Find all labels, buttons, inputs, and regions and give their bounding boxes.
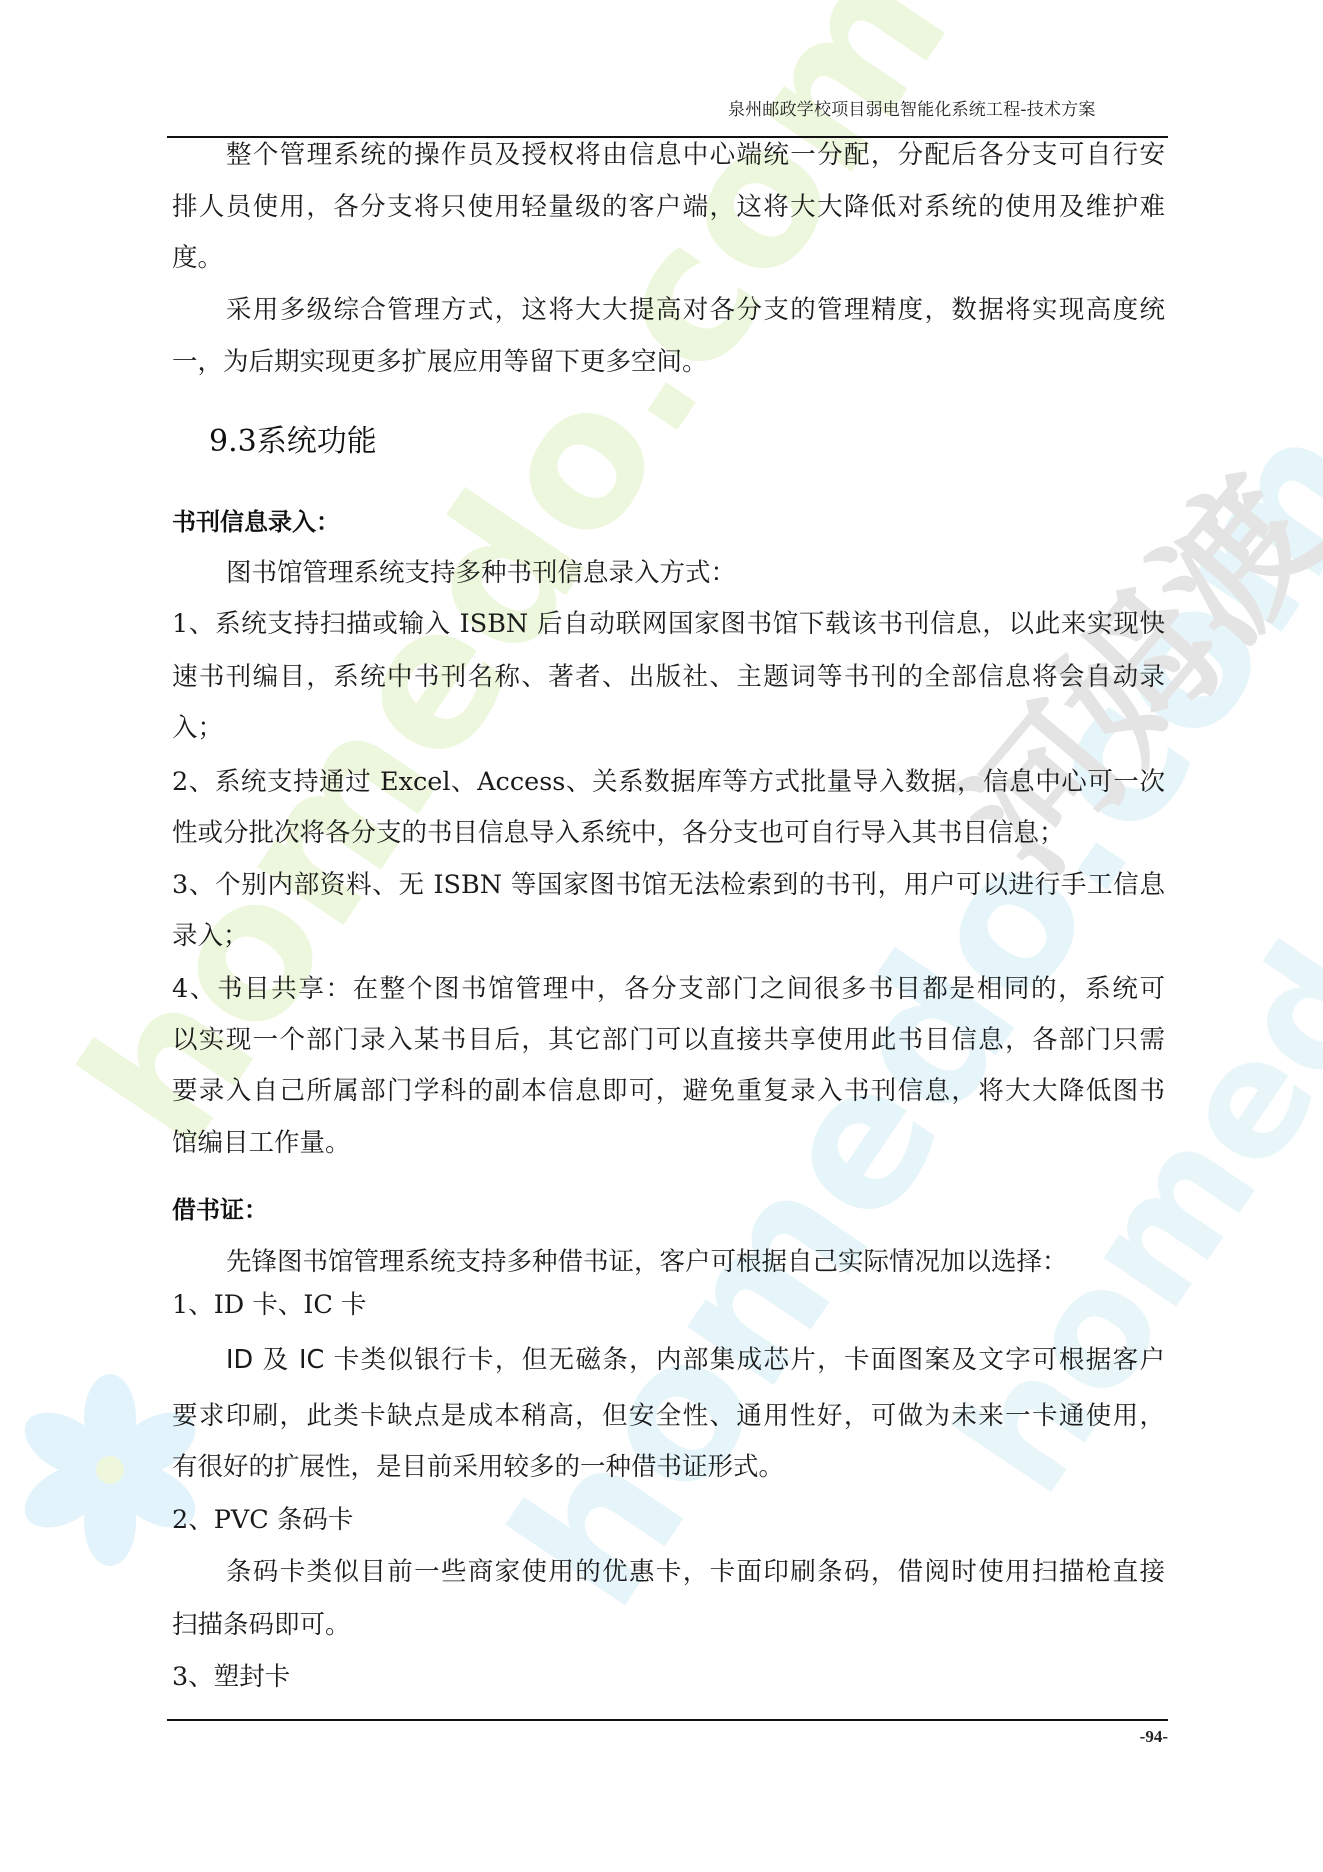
- catalog-line-2: 1、系统支持扫描或输入 ISBN 后自动联网国家图书馆下载该书刊信息，以此来实现…: [172, 607, 1165, 641]
- intro-line-2: 排人员使用，各分支将只使用轻量级的客户端，这将大大降低对系统的使用及维护难: [172, 190, 1165, 224]
- intro-line-4: 采用多级综合管理方式，这将大大提高对各分支的管理精度，数据将实现高度统: [226, 293, 1165, 327]
- catalog-line-1: 图书馆管理系统支持多种书刊信息录入方式：: [226, 556, 1165, 590]
- card-line-3: ID 及 IC 卡类似银行卡，但无磁条，内部集成芯片，卡面图案及文字可根据客户: [226, 1343, 1165, 1377]
- intro-line-3: 度。: [172, 241, 1165, 275]
- subsection-title-catalog-entry: 书刊信息录入：: [172, 505, 340, 539]
- card-line-4: 要求印刷，此类卡缺点是成本稍高，但安全性、通用性好，可做为未来一卡通使用，: [172, 1399, 1165, 1433]
- card-line-5: 有很好的扩展性，是目前采用较多的一种借书证形式。: [172, 1450, 1165, 1484]
- intro-line-5: 一，为后期实现更多扩展应用等留下更多空间。: [172, 345, 1165, 379]
- catalog-line-7: 3、个别内部资料、无 ISBN 等国家图书馆无法检索到的书刊，用户可以进行手工信…: [172, 868, 1165, 902]
- card-line-2: 1、ID 卡、IC 卡: [172, 1288, 1165, 1322]
- catalog-line-5: 2、系统支持通过 Excel、Access、关系数据库等方式批量导入数据，信息中…: [172, 765, 1165, 799]
- running-header-title: 泉州邮政学校项目弱电智能化系统工程-技术方案: [728, 95, 1088, 120]
- catalog-line-4: 入；: [172, 711, 1165, 745]
- intro-line-1: 整个管理系统的操作员及授权将由信息中心端统一分配，分配后各分支可自行安: [226, 138, 1165, 172]
- card-line-7: 条码卡类似目前一些商家使用的优惠卡，卡面印刷条码，借阅时使用扫描枪直接: [226, 1555, 1165, 1589]
- catalog-line-3: 速书刊编目，系统中书刊名称、著者、出版社、主题词等书刊的全部信息将会自动录: [172, 660, 1165, 694]
- card-line-8: 扫描条码即可。: [172, 1608, 1165, 1642]
- catalog-line-10: 以实现一个部门录入某书目后，其它部门可以直接共享使用此书目信息，各部门只需: [172, 1023, 1165, 1057]
- catalog-line-11: 要录入自己所属部门学科的副本信息即可，避免重复录入书刊信息，将大大降低图书: [172, 1074, 1165, 1108]
- catalog-line-6: 性或分批次将各分支的书目信息导入系统中，各分支也可自行导入其书目信息；: [172, 816, 1165, 850]
- catalog-line-8: 录入；: [172, 919, 1165, 953]
- subsection-title-library-card: 借书证：: [172, 1193, 268, 1227]
- section-heading: 9.3系统功能: [209, 423, 377, 461]
- footer-rule: [167, 1719, 1168, 1721]
- card-line-9: 3、塑封卡: [172, 1660, 1165, 1694]
- document-page: 泉州邮政学校项目弱电智能化系统工程-技术方案 整个管理系统的操作员及授权将由信息…: [0, 0, 1323, 1872]
- catalog-line-9: 4、书目共享：在整个图书馆管理中，各分支部门之间很多书目都是相同的，系统可: [172, 972, 1165, 1006]
- card-line-1: 先锋图书馆管理系统支持多种借书证，客户可根据自己实际情况加以选择：: [226, 1245, 1165, 1279]
- card-line-6: 2、PVC 条码卡: [172, 1503, 1165, 1537]
- page-number: -94-: [1110, 1727, 1168, 1747]
- catalog-line-12: 馆编目工作量。: [172, 1126, 1165, 1160]
